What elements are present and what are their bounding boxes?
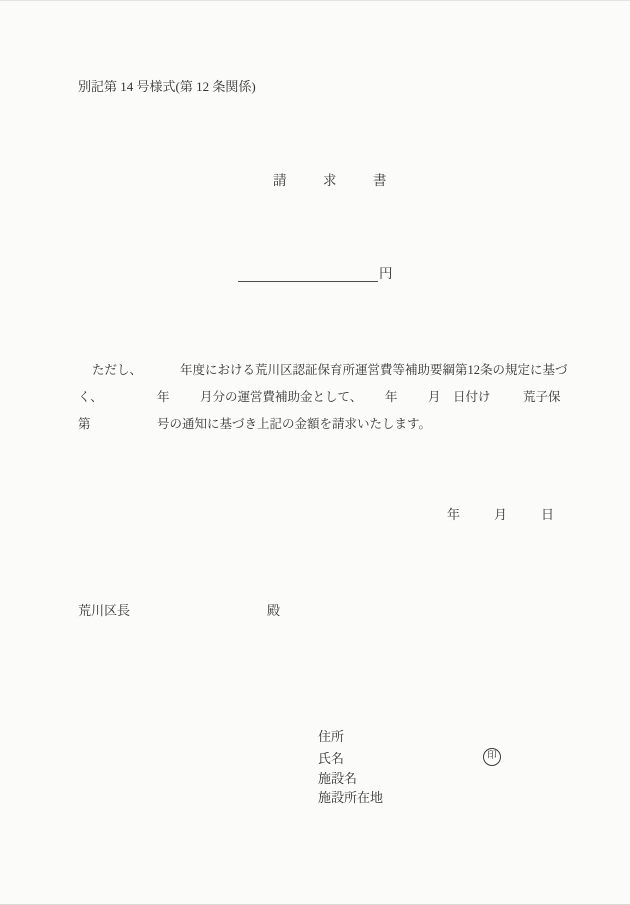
addressee-title: 荒川区長 <box>78 603 130 619</box>
seal-character: 印 <box>487 752 497 762</box>
signature-name-label: 氏名 <box>318 751 344 766</box>
body-l1-lead: ただし、 <box>92 362 142 378</box>
signature-facility-label: 施設名 <box>318 771 357 786</box>
body-l2-year2: 年 <box>385 389 398 405</box>
body-l3-no-prefix: 第 <box>78 416 91 432</box>
date-month-label: 月 <box>494 507 507 523</box>
addressee-row: 荒川区長 殿 <box>78 603 280 619</box>
signature-address-label: 住所 <box>318 729 344 744</box>
body-l2-dated: 日付け <box>453 389 491 405</box>
body-l2-year: 年 <box>157 389 170 405</box>
date-line: 年 月 日 <box>447 507 554 523</box>
document-title: 請 求 書 <box>273 172 398 189</box>
body-l1-text: 年度における荒川区認証保育所運営費等補助要綱第12条の規定に基づ <box>180 362 568 378</box>
date-year-label: 年 <box>447 507 460 523</box>
body-l2-text: 月分の運営費補助金として、 <box>200 389 362 405</box>
body-l3-text: 号の通知に基づき上記の金額を請求いたします。 <box>157 416 431 432</box>
signature-facility-address-label: 施設所在地 <box>318 790 383 805</box>
seal-mark-icon: 印 <box>483 748 501 766</box>
amount-row: 円 <box>238 265 393 282</box>
amount-unit-label: 円 <box>379 266 393 281</box>
form-number-note: 別記第 14 号様式(第 12 条関係) <box>78 79 256 94</box>
body-l2-docname: 荒子保 <box>523 389 561 405</box>
invoice-form-page: 別記第 14 号様式(第 12 条関係) 請 求 書 円 ただし、 年度における… <box>0 0 630 905</box>
amount-blank-field <box>238 265 378 282</box>
addressee-honorific: 殿 <box>267 603 280 619</box>
body-l2-lead: く、 <box>78 389 103 405</box>
body-l2-month: 月 <box>428 389 441 405</box>
date-day-label: 日 <box>541 507 554 523</box>
